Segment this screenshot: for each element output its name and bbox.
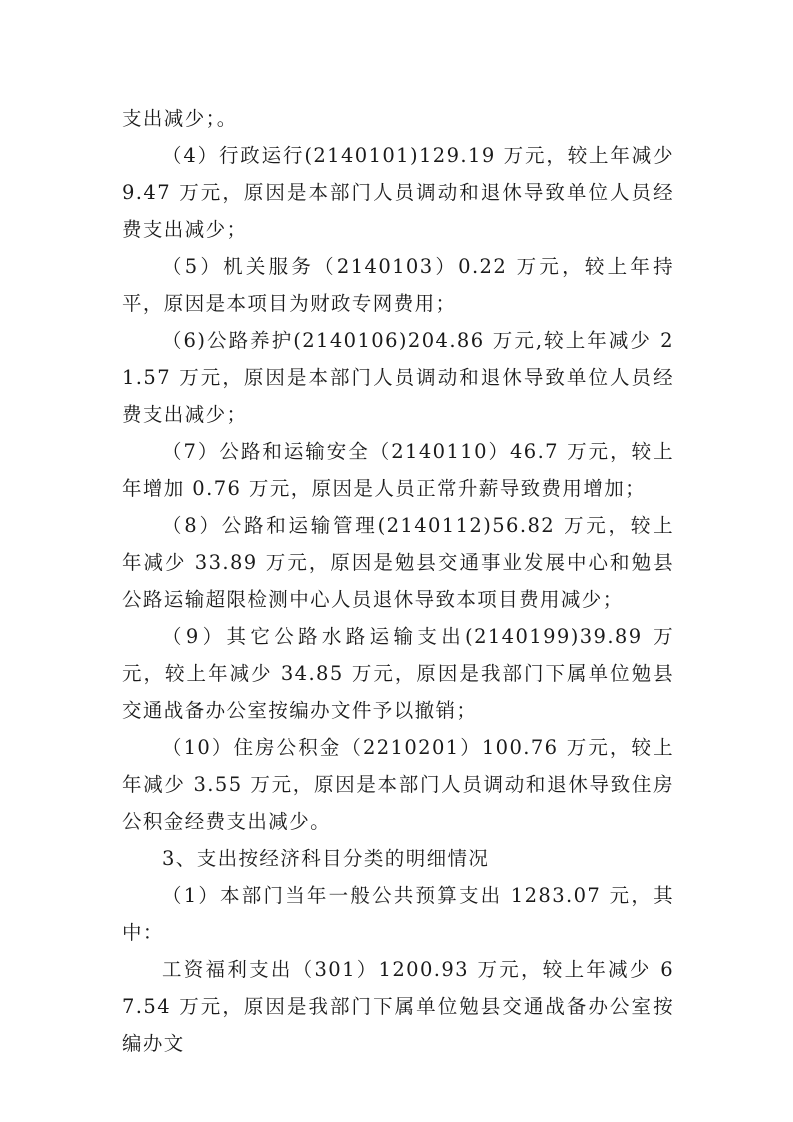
paragraph-salary-welfare-expenditure: 工资福利支出（301）1200.93 万元，较上年减少 67.54 万元，原因是… [122, 951, 674, 1062]
paragraph-item-7-road-transport-safety: （7）公路和运输安全（2140110）46.7 万元，较上年增加 0.76 万元… [122, 433, 674, 507]
paragraph-item-4-administrative-operation: （4）行政运行(2140101)129.19 万元，较上年减少 9.47 万元，… [122, 137, 674, 248]
paragraph-item-10-housing-fund: （10）住房公积金（2210201）100.76 万元，较上年减少 3.55 万… [122, 729, 674, 840]
paragraph-continuation: 支出减少；。 [122, 100, 674, 137]
paragraph-general-budget-total: （1）本部门当年一般公共预算支出 1283.07 元，其中： [122, 877, 674, 951]
paragraph-item-6-road-maintenance: （6)公路养护(2140106)204.86 万元,较上年减少 21.57 万元… [122, 322, 674, 433]
paragraph-item-9-other-transport-expenditure: （9）其它公路水路运输支出(2140199)39.89 万元，较上年减少 34.… [122, 618, 674, 729]
document-page: 支出减少；。 （4）行政运行(2140101)129.19 万元，较上年减少 9… [122, 100, 674, 1062]
paragraph-item-8-road-transport-management: （8）公路和运输管理(2140112)56.82 万元，较上年减少 33.89 … [122, 507, 674, 618]
paragraph-item-5-agency-services: （5）机关服务（2140103）0.22 万元，较上年持平，原因是本项目为财政专… [122, 248, 674, 322]
section-heading-economic-classification: 3、支出按经济科目分类的明细情况 [122, 840, 674, 877]
